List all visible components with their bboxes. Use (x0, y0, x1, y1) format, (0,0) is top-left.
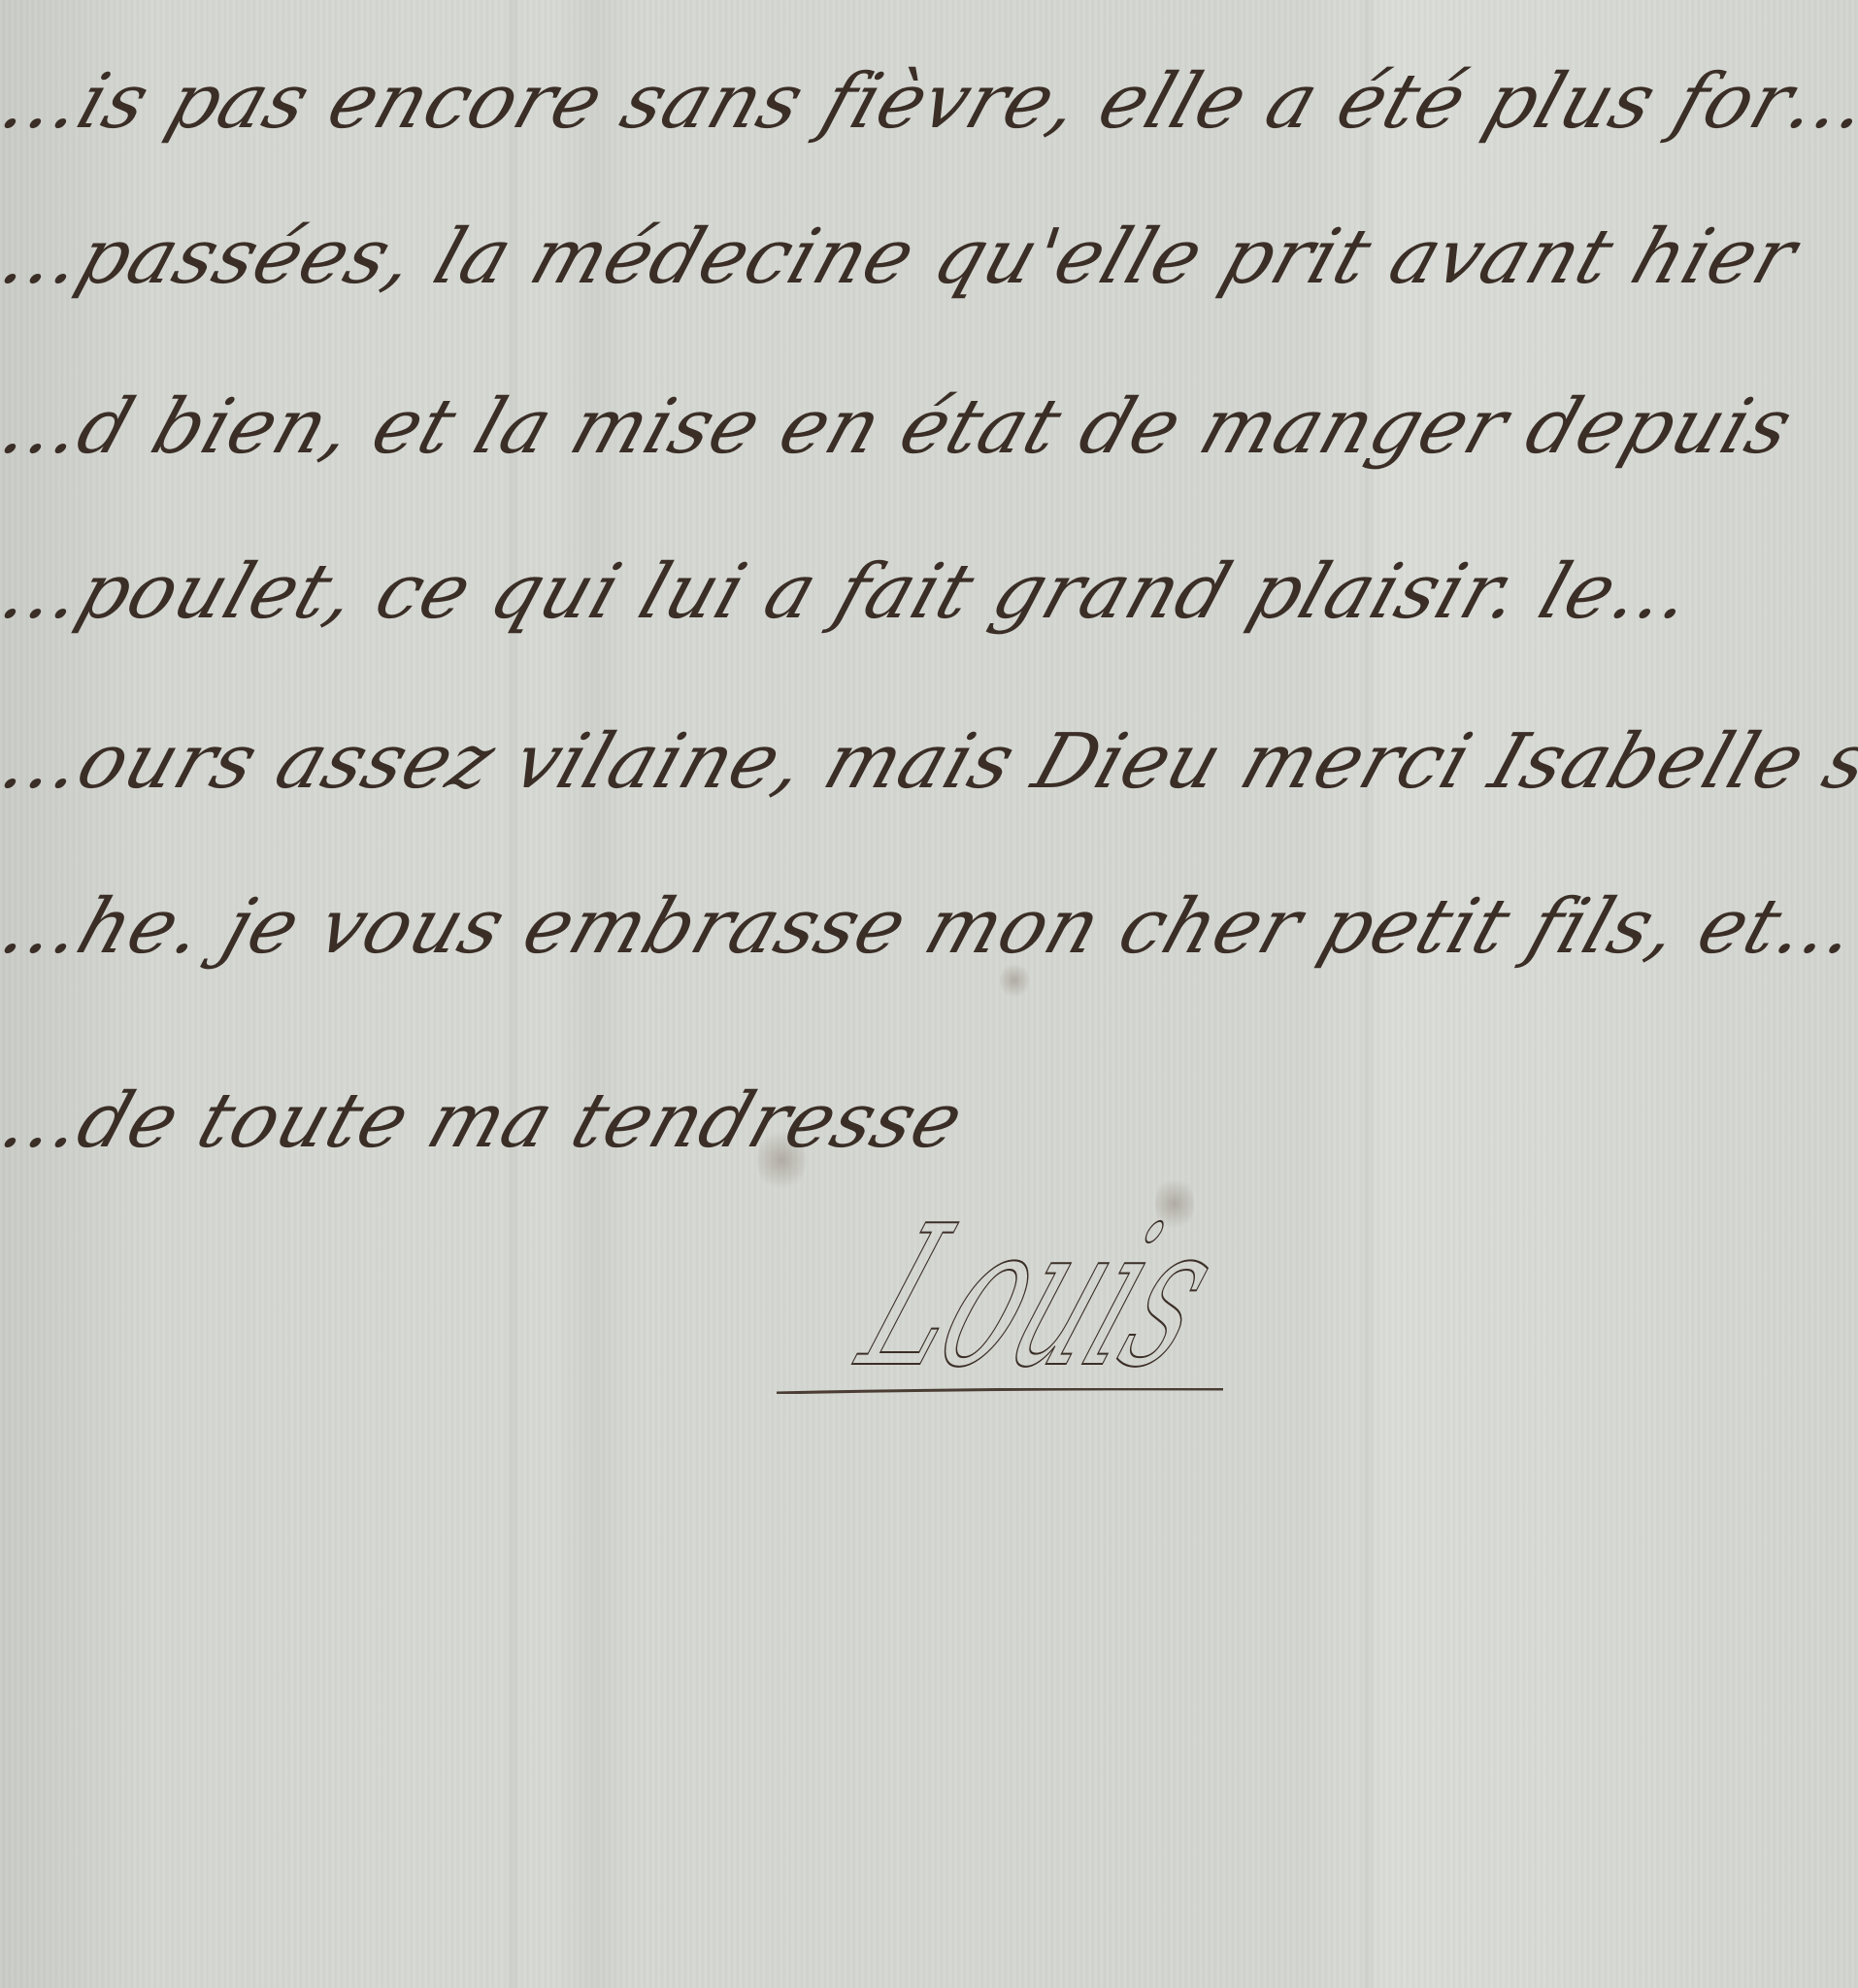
letter-line-1: …is pas encore sans fièvre, elle a été p… (0, 58, 1858, 146)
letter-line-4: …poulet, ce qui lui a fait grand plaisir… (0, 548, 1858, 636)
signature-underline (777, 1388, 1223, 1394)
letter-line-6: …he. je vous embrasse mon cher petit fil… (0, 883, 1858, 971)
signature: Louis (777, 1068, 1262, 1456)
letter-line-2: …passées, la médecine qu'elle prit avant… (0, 214, 1858, 301)
letter-line-3: …d bien, et la mise en état de manger de… (0, 383, 1858, 471)
signature-name: Louis (835, 1184, 1245, 1410)
letter-line-5: …ours assez vilaine, mais Dieu merci Isa… (0, 718, 1858, 806)
